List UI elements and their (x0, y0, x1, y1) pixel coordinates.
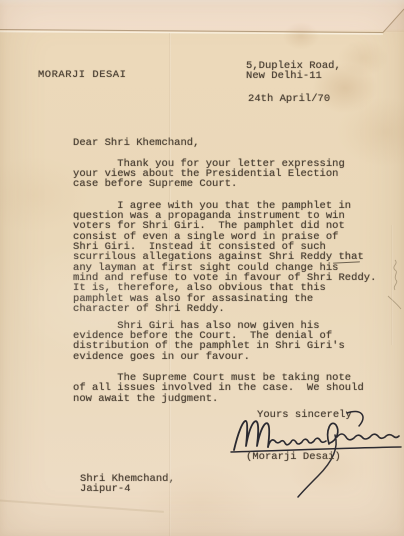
letter-paper: MORARJI DESAI 5,Dupleix Road, New Delhi-… (0, 0, 404, 536)
paragraph-3: Shri Giri has also now given his evidenc… (73, 321, 345, 362)
typed-signature-name: (Morarji Desai) (246, 452, 341, 462)
paragraph-4: The Supreme Court must be taking note of… (73, 373, 364, 404)
letter-line: voters for Shri Giri. The pamphlet did n… (73, 221, 376, 231)
pencil-scribble (383, 256, 403, 316)
sender-address: 5,Dupleix Road, New Delhi-11 (246, 61, 341, 82)
paper-fold-line (0, 0, 404, 44)
paper-crease-bottom (0, 499, 164, 512)
paragraph-1: Thank you for your letter expressing you… (73, 159, 345, 190)
letter-date: 24th April/70 (248, 94, 330, 104)
letter-line: evidence goes in our favour. (73, 352, 345, 362)
address-line: New Delhi-11 (246, 71, 341, 81)
sender-name: MORARJI DESAI (38, 70, 126, 80)
letter-line: character of Shri Reddy. (73, 304, 376, 314)
recipient-address: Shri Khemchand, Jaipur-4 (80, 474, 175, 496)
letter-line: scurrilous allegations against Shri Redd… (73, 252, 376, 262)
recipient-line: Jaipur-4 (80, 484, 175, 495)
letter-line: case before Supreme Court. (73, 179, 345, 189)
salutation: Dear Shri Khemchand, (73, 138, 199, 148)
paragraph-2: I agree with you that the pamphlet in qu… (73, 201, 376, 315)
letter-line: distribution of the pamphlet in Shri Gir… (73, 341, 345, 351)
letter-line: now await the judgment. (73, 394, 364, 404)
